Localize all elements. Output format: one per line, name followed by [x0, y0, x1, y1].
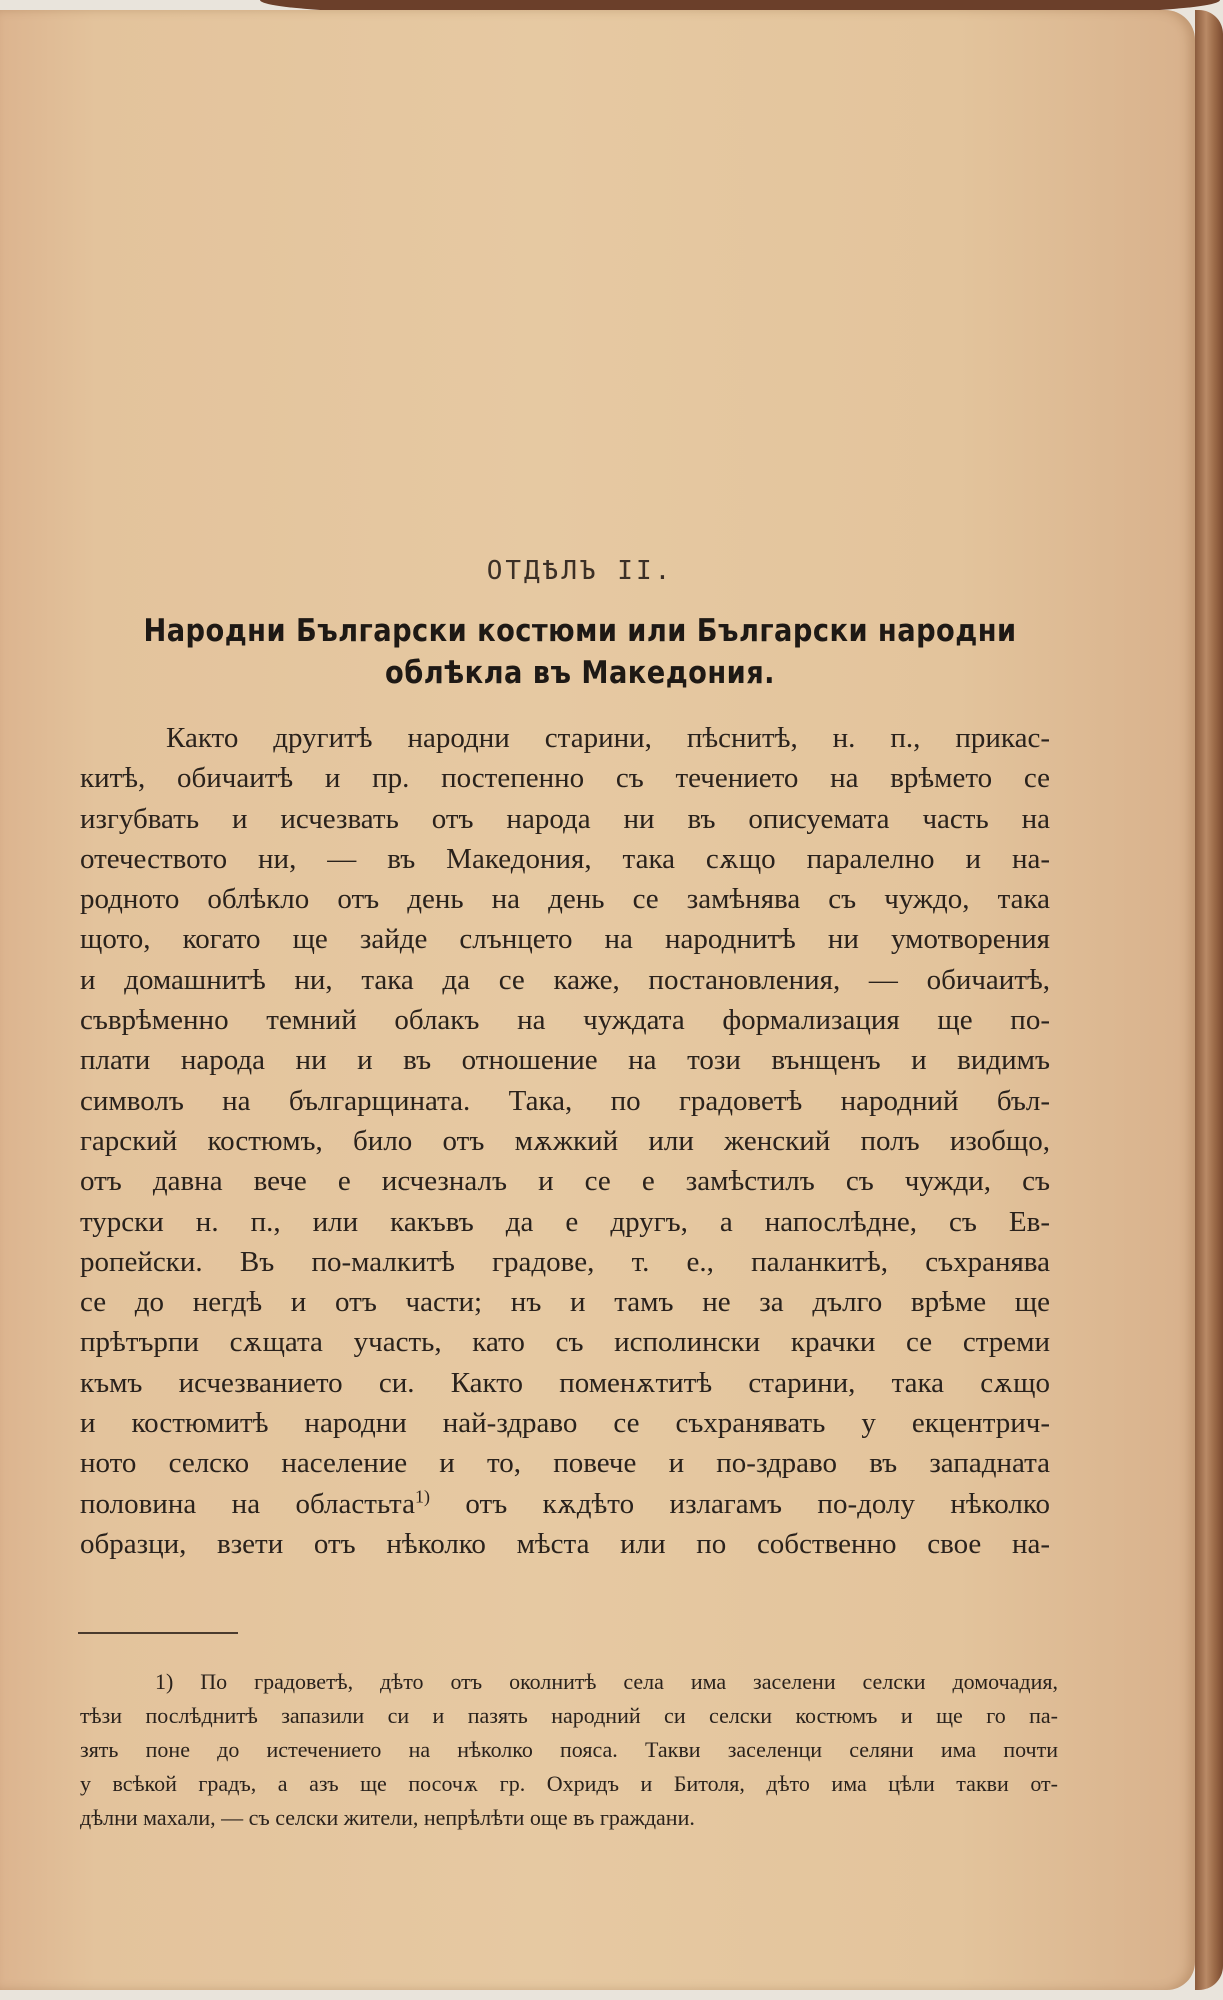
chapter-title-line-1: Народни Български костюми или Български … [140, 610, 1020, 652]
page-edge-stack [1195, 10, 1223, 1990]
body-line-start: половина на областьта [80, 1488, 415, 1520]
section-label: ОТДѢЛЪ II. [0, 556, 1160, 586]
body-line: образци, взети отъ нѣколко мѣста или по … [80, 1524, 1050, 1564]
body-line: и костюмитѣ народни най-здраво се съхран… [80, 1403, 1050, 1443]
body-line: плати народа ни и въ отношение на този в… [80, 1040, 1050, 1080]
body-line-end: отъ кѫдѣто излагамъ по-долу нѣколко [430, 1488, 1050, 1520]
footnote-reference[interactable]: 1) [415, 1486, 430, 1506]
body-line: се до негдѣ и отъ части; нъ и тамъ не за… [80, 1282, 1050, 1322]
body-line: отъ давна вече е исчезналъ и се е замѣст… [80, 1161, 1050, 1201]
body-line-with-footnote-ref: половина на областьта1) отъ кѫдѣто излаг… [80, 1484, 1050, 1524]
footnote-line: дѣлни махали, — съ селски жители, непрѣл… [80, 1801, 1058, 1835]
footnote-line: тѣзи послѣднитѣ запазили си и пазять нар… [80, 1699, 1058, 1733]
body-line: къмъ исчезванието си. Както поменѫтитѣ с… [80, 1363, 1050, 1403]
body-line: гарский костюмъ, било отъ мѫжкий или жен… [80, 1121, 1050, 1161]
footnote-line: 1) По градоветѣ, дѣто отъ околнитѣ села … [80, 1665, 1058, 1699]
body-line: родното облѣкло отъ день на день се замѣ… [80, 879, 1050, 919]
body-line: символъ на българщината. Така, по градов… [80, 1081, 1050, 1121]
footnote-separator [78, 1632, 238, 1634]
body-line: и домашнитѣ ни, така да се каже, постано… [80, 960, 1050, 1000]
body-line: отечеството ни, — въ Македония, така сѫщ… [80, 839, 1050, 879]
footnote-line: у всѣкой градъ, а азъ ще посочѫ гр. Охри… [80, 1767, 1058, 1801]
body-paragraph: Както другитѣ народни старини, пѣснитѣ, … [80, 718, 1050, 1564]
body-line: щото, когато ще зайде слънцето на народн… [80, 919, 1050, 959]
chapter-title: Народни Български костюми или Български … [140, 610, 1020, 694]
footnote-line: зять поне до истечението на нѣколко пояс… [80, 1733, 1058, 1767]
body-line: китѣ, обичаитѣ и пр. постепенно съ течен… [80, 758, 1050, 798]
body-line: турски н. п., или какъвъ да е другъ, а н… [80, 1202, 1050, 1242]
body-line: ното селско население и то, повече и по-… [80, 1443, 1050, 1483]
body-line: съврѣменно темний облакъ на чуждата форм… [80, 1000, 1050, 1040]
body-line: прѣтърпи сѫщата участь, като съ исполинс… [80, 1322, 1050, 1362]
body-line: ропейски. Въ по-малкитѣ градове, т. е., … [80, 1242, 1050, 1282]
footnote: 1) По градоветѣ, дѣто отъ околнитѣ села … [80, 1665, 1058, 1835]
chapter-title-line-2: облѣкла въ Македония. [140, 652, 1020, 694]
page-bottom-curve [600, 1990, 1020, 2000]
body-line: Както другитѣ народни старини, пѣснитѣ, … [80, 718, 1050, 758]
body-line: изгубвать и исчезвать отъ народа ни въ о… [80, 799, 1050, 839]
